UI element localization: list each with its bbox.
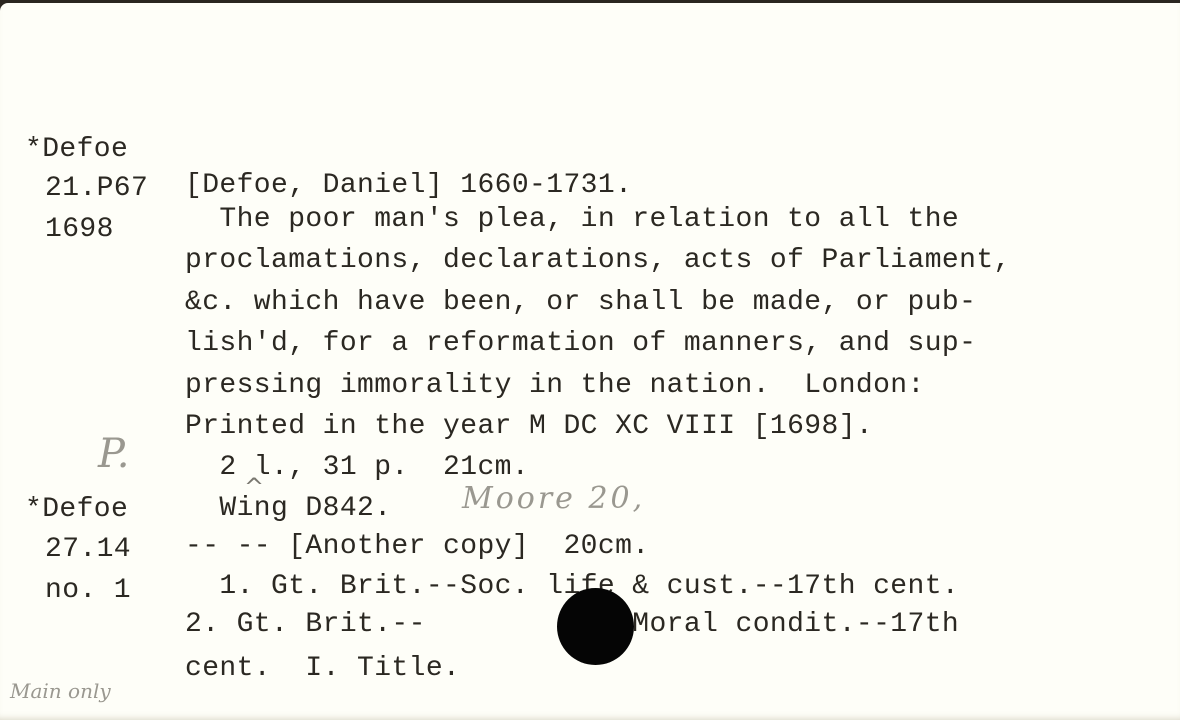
- reference: Wing D842.: [185, 495, 391, 523]
- call-number-line: 27.14: [45, 536, 131, 564]
- handwritten-margin-note: Main only: [10, 679, 111, 703]
- call-number-line: 1698: [45, 216, 114, 244]
- collation: 2 l., 31 p. 21cm.: [185, 454, 529, 482]
- catalog-card: *Defoe 21.P67 1698 [Defoe, Daniel] 1660-…: [0, 3, 1180, 720]
- call-number-line: *Defoe: [25, 136, 128, 164]
- handwritten-moore-note: Moore 20,: [462, 481, 645, 516]
- caret-mark: ^: [244, 473, 264, 501]
- author-heading: [Defoe, Daniel] 1660-1731.: [185, 172, 632, 200]
- call-number-line: *Defoe: [25, 496, 128, 524]
- imprint-line: Printed in the year M DC XC VIII [1698].: [185, 413, 873, 441]
- punch-hole: [557, 588, 634, 665]
- title-line: lish'd, for a reformation of manners, an…: [185, 330, 976, 358]
- handwritten-initial: P.: [98, 431, 130, 477]
- subject-tracing: cent. I. Title.: [185, 655, 460, 683]
- title-line: pressing immorality in the nation. Londo…: [185, 372, 925, 400]
- call-number-line: no. 1: [45, 577, 131, 605]
- another-copy: -- -- [Another copy] 20cm.: [185, 533, 649, 561]
- title-line: &c. which have been, or shall be made, o…: [185, 289, 976, 317]
- title-line: The poor man's plea, in relation to all …: [185, 206, 959, 234]
- title-line: proclamations, declarations, acts of Par…: [185, 247, 1011, 275]
- call-number-line: 21.P67: [45, 175, 148, 203]
